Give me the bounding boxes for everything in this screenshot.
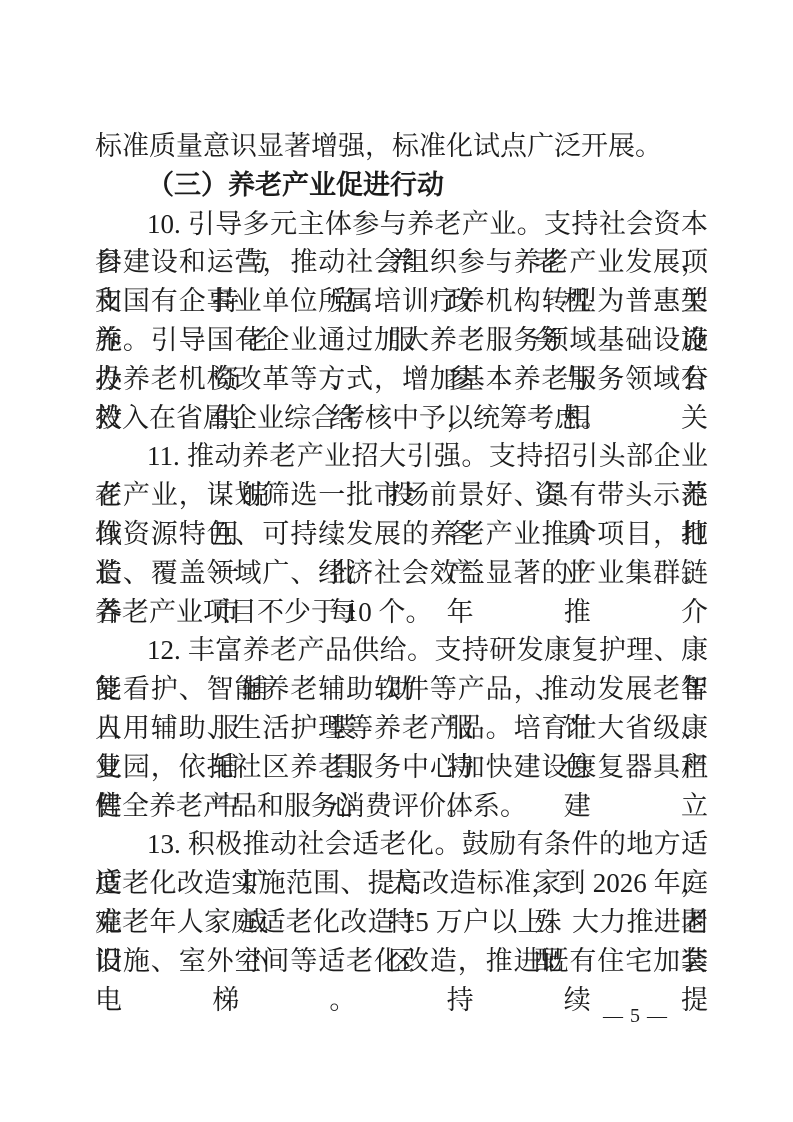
text-line: 长、覆盖领域广、经济社会效益显著的产业集群。各市每年推介: [95, 554, 708, 593]
text-line: 能看护、智能养老辅助软件等产品，推动发展老年人服装服饰、: [95, 670, 708, 709]
text-line: 难老年人家庭适老化改造 15 万户以上。大力推进老旧小区配套: [95, 903, 708, 942]
text-line: 目建设和运营，推动社会组织参与养老产业发展，支持党政机关: [95, 243, 708, 282]
document-page: 标准质量意识显著增强，标准化试点广泛开展。（三）养老产业促进行动10. 引导多元…: [0, 0, 793, 1122]
text-line: 施。引导国有企业通过加大养老服务领域基础设施投资、参与公: [95, 321, 708, 360]
text-line: 办养老机构改革等方式，增加基本养老服务领域有效供给，相关: [95, 360, 708, 399]
page-number: — 5 —: [603, 1001, 668, 1031]
text-line: 域资源特色、可持续发展的养老产业推介项目，打造一批产业链: [95, 515, 708, 554]
text-line: 标准质量意识显著增强，标准化试点广泛开展。: [95, 127, 708, 166]
text-line: 适老化改造实施范围、提高改造标准，到 2026 年，完成特殊困: [95, 864, 708, 903]
text-line: 10. 引导多元主体参与养老产业。支持社会资本参与养老项: [95, 205, 708, 244]
text-line: 和国有企事业单位所属培训疗养机构转型为普惠型养老服务设: [95, 282, 708, 321]
text-line: 日用辅助、生活护理等养老产品。培育壮大省级康复辅具特色产: [95, 709, 708, 748]
text-line: 11. 推动养老产业招大引强。支持招引头部企业在皖投资养: [95, 437, 708, 476]
text-line: 12. 丰富养老产品供给。支持研发康复护理、康复辅助、智: [95, 631, 708, 670]
section-heading: （三）养老产业促进行动: [95, 166, 708, 205]
text-line: 13. 积极推动社会适老化。鼓励有条件的地方适度扩大家庭: [95, 825, 708, 864]
document-body: 标准质量意识显著增强，标准化试点广泛开展。（三）养老产业促进行动10. 引导多元…: [95, 127, 708, 981]
text-line: 设施、室外空间等适老化改造，推进既有住宅加装电梯。持续提: [95, 942, 708, 981]
text-line: 老产业，谋划筛选一批市场前景好、具有带头示范作用、各具地: [95, 476, 708, 515]
text-line: 业园，依托社区养老服务中心加快建设康复器具租售中心。建立: [95, 748, 708, 787]
